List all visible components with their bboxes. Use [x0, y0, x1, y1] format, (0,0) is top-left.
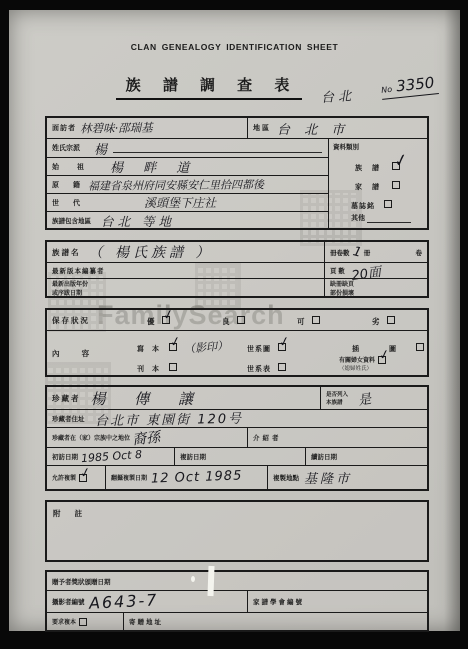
pages-label: 頁 數	[330, 266, 345, 275]
listed-label: 是否列入	[326, 390, 348, 398]
permission-checkbox	[79, 474, 87, 482]
revisit-label: 複訪日期	[180, 452, 206, 461]
category-item: 墓誌銘	[351, 195, 392, 213]
category-item-label: 家 譜	[355, 184, 383, 191]
collector-label: 珍藏者	[52, 393, 81, 404]
volumes-value: 1	[351, 244, 363, 261]
number-label: No	[381, 85, 393, 95]
category-checkbox	[392, 181, 400, 189]
category-checkbox	[384, 200, 392, 208]
notes-table: 附 註	[45, 500, 429, 562]
condition-option-label: 劣	[372, 317, 380, 326]
condition-option: 劣	[372, 311, 395, 329]
position-label: 珍藏者在（家）宗族中之地位	[52, 433, 130, 442]
damage-label: 部份損壞	[330, 288, 354, 297]
content-option-label: 刊 本	[137, 366, 162, 373]
volume-table: 族譜名 （ 楊氏族譜 ） 冊卷數 1 冊 卷 最新版本編纂者 頁 數 20面 最…	[45, 240, 429, 298]
content-option-note: （媳婦姓氏）	[339, 364, 386, 372]
missing-label: 缺冊缺頁	[330, 279, 354, 288]
category-item-label: 族 譜	[355, 165, 383, 172]
footer-table: 贈予者獎狀頒贈日期 攝影者編號 A643-7 家譜學會編號 要求複本 寄贈地址	[45, 570, 429, 632]
generation-label: 世 代	[52, 198, 86, 208]
position-value: 裔孫	[131, 426, 161, 449]
category-title: 資料類別	[333, 142, 359, 151]
content-checkbox	[278, 363, 286, 371]
first-visit-value: 1985 Oct 8	[81, 448, 143, 465]
publish-year-label: 最新出版年份	[52, 279, 88, 288]
content-option: 刊 本	[137, 358, 177, 376]
followup-label: 續訪日期	[311, 452, 337, 461]
condition-checkbox	[387, 316, 395, 324]
generation-value: 溪頭堡下庄社	[144, 194, 216, 211]
area-label: 地 區	[253, 123, 269, 133]
category-other: 其他	[351, 213, 411, 223]
condition-option-label: 優	[147, 317, 155, 326]
interviewer-value: 林碧味·邵瑞基	[80, 119, 153, 136]
copy-place-label: 複製地點	[273, 473, 299, 482]
address-label: 珍藏者住址	[52, 414, 85, 423]
number-value: 3350	[395, 73, 435, 95]
request-copy-checkbox	[79, 618, 87, 626]
identification-table: 面訪者 林碧味·邵瑞基 地 區 台 北 市 姓氏宗派 楊	[45, 116, 429, 230]
content-checkbox	[169, 363, 177, 371]
content-option-label: 有關婦女資料	[339, 355, 375, 364]
collector-table: 珍藏者 楊 傳 讓 是否列入 本族譜 是 珍藏者住址 台北市 東園街 120号 …	[45, 385, 429, 491]
condition-option-label: 可	[297, 317, 305, 326]
interviewer-label: 面訪者	[52, 123, 76, 133]
first-visit-label: 初訪日期	[52, 452, 78, 461]
condition-checkbox	[162, 316, 170, 324]
english-title: CLAN GENEALOGY IDENTIFICATION SHEET	[9, 42, 460, 52]
condition-table: 保存狀況 優 良 可 劣 內 容 寫 本	[45, 308, 429, 377]
permission-label: 允許複製	[52, 473, 76, 482]
unit-scroll: 卷	[416, 248, 423, 257]
coverage-value: 台北 等地	[101, 212, 175, 230]
content-option-label: 世系表	[247, 366, 271, 373]
content-checkbox	[169, 343, 177, 351]
data-category-column: 資料類別 族 譜 家 譜 墓誌銘 其他	[328, 139, 427, 228]
condition-checkbox	[312, 316, 320, 324]
content-label: 內 容	[52, 348, 99, 359]
genealogy-name-value: （ 楊氏族譜 ）	[89, 242, 214, 262]
copy-date-value: 12 Oct 1985	[151, 468, 243, 486]
content-option-label: 世系圖	[247, 346, 271, 353]
surname-value: 楊	[94, 139, 107, 158]
content-option: 有關婦女資料 （媳婦姓氏）	[339, 355, 386, 372]
ancestor-label: 始 祖	[52, 162, 92, 172]
category-item-label: 墓誌銘	[351, 203, 375, 210]
content-checkbox	[416, 343, 424, 351]
collector-value: 楊 傳 讓	[91, 388, 206, 409]
society-label: 家譜學會編號	[253, 597, 304, 606]
scanned-page: FamilySearch CLAN GENEALOGY IDENTIFICATI…	[9, 10, 460, 631]
condition-option: 良	[222, 311, 245, 329]
condition-option-label: 良	[222, 317, 230, 326]
category-item: 家 譜	[355, 176, 400, 194]
condition-checkbox	[237, 316, 245, 324]
category-other-label: 其他	[351, 213, 365, 223]
origin-label: 原 籍	[52, 180, 86, 190]
listed-value: 是	[356, 388, 372, 409]
condition-option: 可	[297, 311, 320, 329]
photographer-value: A643-7	[88, 590, 158, 613]
area-value: 台 北 市	[277, 119, 349, 138]
page-title: 族 譜 調 查 表	[116, 74, 303, 100]
coverage-label: 族譜包含地區	[52, 216, 91, 225]
content-checkbox	[278, 343, 286, 351]
region-annotation: 台北	[320, 85, 355, 106]
condition-label: 保存狀況	[52, 315, 90, 326]
compiler-label: 最新版本編纂者	[52, 266, 105, 275]
notes-label: 附 註	[53, 508, 88, 519]
award-date-label: 贈予者獎狀頒贈日期	[52, 577, 111, 586]
unit-volume: 冊	[364, 248, 371, 257]
origin-value: 福建省泉州府同安縣安仁里拾四都後	[88, 176, 264, 194]
scanned-document: { "header": { "english_title": "CLAN GEN…	[0, 0, 468, 649]
copy-date-label: 翻攝複製日期	[111, 473, 147, 482]
fill-line	[367, 213, 411, 223]
mailing-label: 寄贈地址	[129, 617, 163, 626]
category-item: 族 譜	[355, 157, 400, 175]
content-option: 世系圖	[247, 338, 286, 356]
photographer-label: 攝影者編號	[52, 597, 85, 606]
content-checkbox	[378, 356, 386, 364]
preface-date-label: 或序跋日期	[52, 288, 82, 297]
sheet-number: No 3350	[380, 73, 438, 100]
content-option: 寫 本 （影印）	[137, 338, 228, 356]
introducer-label: 介紹者	[253, 433, 282, 442]
genealogy-name-label: 族譜名	[52, 247, 81, 258]
listed-label: 本族譜	[326, 398, 348, 406]
content-option-label: 寫 本	[137, 346, 162, 353]
fill-line	[113, 143, 322, 153]
ancestor-value: 楊 畔 道	[110, 157, 197, 176]
copy-place-value: 基隆市	[304, 468, 352, 487]
volumes-label: 冊卷數	[330, 248, 350, 257]
request-copy-label: 要求複本	[52, 617, 76, 626]
category-checkbox	[392, 162, 400, 170]
surname-label: 姓氏宗派	[52, 143, 80, 153]
condition-option: 優	[147, 311, 170, 329]
content-option: 世系表	[247, 358, 286, 376]
content-option-note: （影印）	[183, 337, 228, 357]
